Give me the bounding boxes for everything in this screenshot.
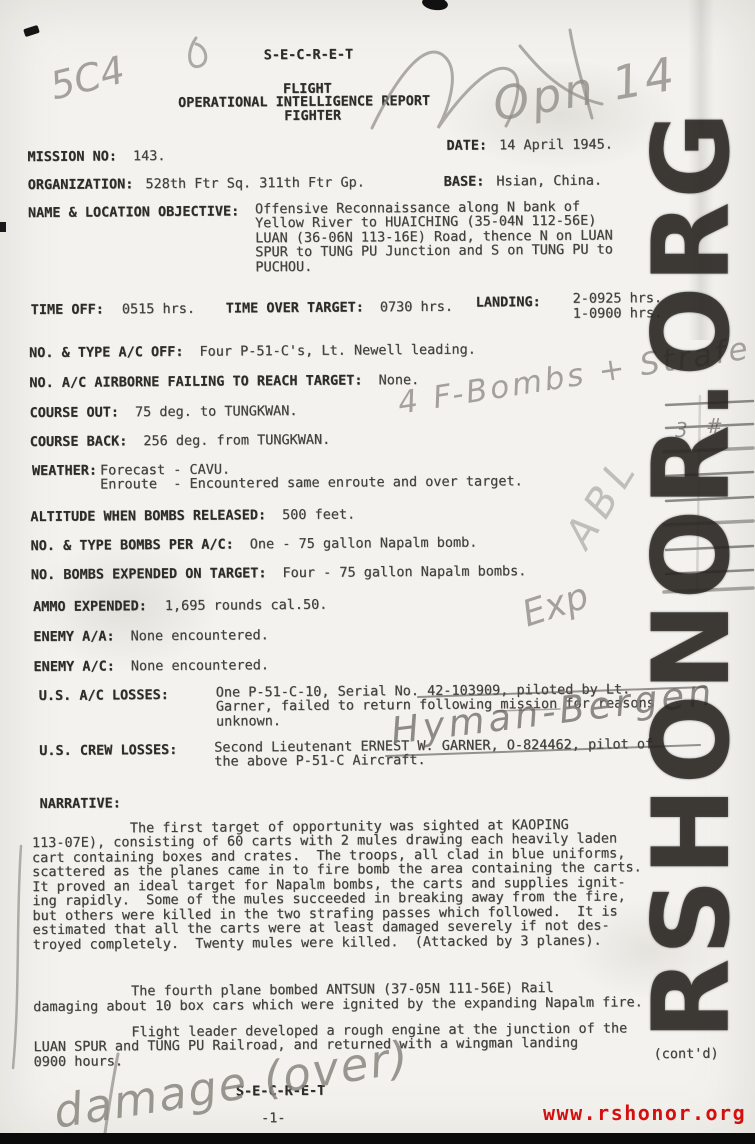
narrative-p1-line: troyed completely. Twenty mules were kil…	[33, 934, 602, 952]
field-mission-no: MISSION NO:143.	[27, 149, 165, 164]
field-course-out: COURSE OUT:75 deg. to TUNGKWAN.	[29, 404, 297, 420]
objective-line: SPUR to TUNG PU Junction and S on TUNG P…	[255, 242, 613, 259]
field-aircraft-off: NO. & TYPE A/C OFF:Four P-51-C's, Lt. Ne…	[29, 343, 476, 361]
field-bombs-per-ac: NO. & TYPE BOMBS PER A/C:One - 75 gallon…	[31, 536, 478, 554]
narrative-p2-line: damaging about 10 box cars which were ig…	[33, 995, 643, 1014]
field-weather-line2: Enroute - Encountered same enroute and o…	[100, 474, 523, 491]
narrative-label: NARRATIVE:	[40, 796, 121, 811]
ac-losses-line: unknown.	[216, 714, 281, 729]
field-enemy-ac: ENEMY A/C:None encountered.	[33, 658, 269, 674]
report-title-line3: FIGHTER	[284, 109, 341, 123]
field-time-over-target: TIME OVER TARGET:0730 hrs.	[226, 300, 453, 316]
field-failed-to-reach: NO. A/C AIRBORNE FAILING TO REACH TARGET…	[29, 373, 419, 390]
rshonor-url-watermark: www.rshonor.org	[543, 1101, 746, 1125]
field-date: DATE:14 April 1945.	[446, 137, 613, 152]
field-objective-label: NAME & LOCATION OBJECTIVE:	[28, 204, 239, 220]
narrative-p3-line: 0900 hours.	[34, 1054, 124, 1069]
field-ammo: AMMO EXPENDED:1,695 rounds cal.50.	[33, 598, 327, 614]
field-bombs-expended: NO. BOMBS EXPENDED ON TARGET:Four - 75 g…	[31, 564, 527, 582]
scanned-document-page: S-E-C-R-E-T FLIGHT OPERATIONAL INTELLIGE…	[0, 0, 755, 1144]
rshonor-vertical-watermark: RSHONOR.ORG	[630, 40, 755, 1040]
field-course-back: COURSE BACK:256 deg. from TUNGKWAN.	[30, 433, 331, 449]
field-ac-losses-label: U.S. A/C LOSSES:	[39, 688, 169, 703]
crew-losses-line: the above P-51-C Aircraft.	[214, 753, 425, 769]
field-time-off: TIME OFF:0515 hrs.	[31, 302, 195, 317]
field-landing-label: LANDING:	[476, 295, 541, 310]
field-crew-losses-label: U.S. CREW LOSSES:	[39, 743, 177, 758]
field-altitude: ALTITUDE WHEN BOMBS RELEASED:500 feet.	[30, 508, 355, 525]
page-number: -1-	[261, 1111, 285, 1125]
objective-line: PUCHOU.	[255, 260, 312, 274]
field-base: BASE:Hsian, China.	[444, 174, 602, 189]
field-enemy-aa: ENEMY A/A:None encountered.	[33, 628, 269, 644]
classification-header: S-E-C-R-E-T	[264, 48, 354, 63]
contd-note: (cont'd)	[654, 1047, 719, 1062]
field-organization: ORGANIZATION:528th Ftr Sq. 311th Ftr Gp.	[28, 175, 365, 192]
